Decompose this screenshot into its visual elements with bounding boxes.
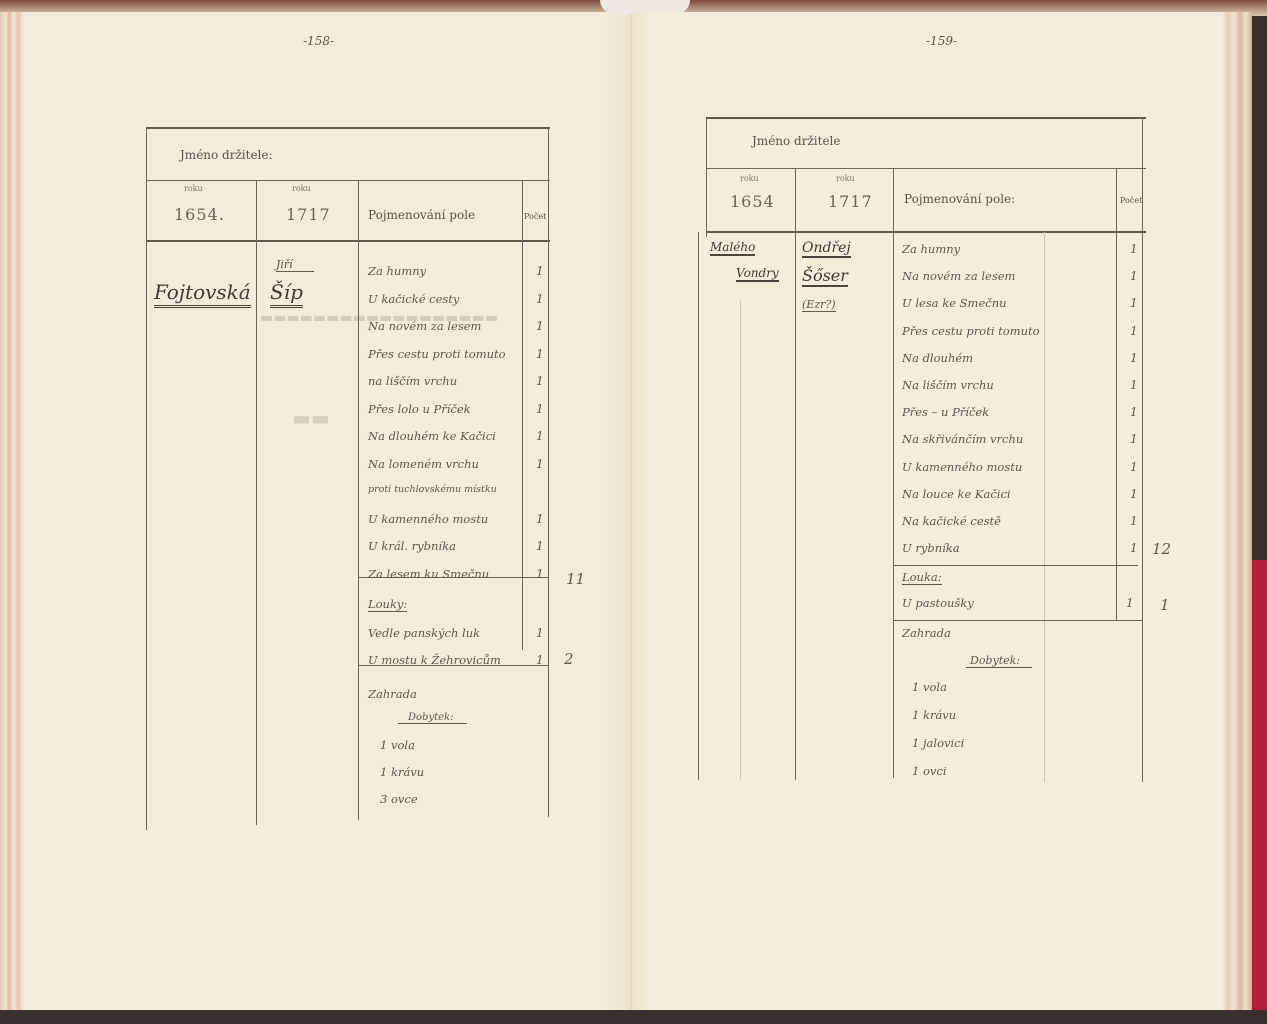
livestock-label: Dobytek:: [398, 712, 467, 724]
meadow-name: Vedle panských luk: [368, 626, 480, 640]
meadows-total: 1: [1160, 596, 1170, 614]
livestock-item: 1 krávu: [912, 708, 956, 722]
year-1717: 1717: [286, 205, 331, 224]
meadow-count: 1: [536, 626, 544, 640]
field-count: 1: [1130, 351, 1138, 365]
field-name: Na dlouhém: [902, 351, 973, 365]
year-1654: 1654: [730, 192, 775, 211]
meadow-name: U pastoušky: [902, 596, 974, 610]
meadows-label: Louka:: [902, 570, 942, 585]
field-name: U kamenného mostu: [902, 460, 1022, 474]
year-1654: 1654.: [174, 205, 225, 224]
field-name: Přes – u Příček: [902, 405, 989, 419]
field-count: 1: [536, 512, 544, 526]
meadow-count: 1: [536, 653, 544, 667]
left-page: -158- ▬▬▬▬▬▬▬▬▬▬▬▬▬▬▬▬▬▬ ▬▬ Jméno držite…: [0, 12, 632, 1010]
field-name: U král. rybníka: [368, 539, 456, 553]
field-count: 1: [1130, 378, 1138, 392]
field-name: U rybníka: [902, 541, 960, 555]
holder-1654-line1: Malého: [710, 240, 755, 256]
meadow-name: U mostu k Žehrovicům: [368, 653, 501, 667]
page-number: -158-: [303, 34, 334, 48]
field-name-header: Pojmenování pole: [368, 208, 475, 222]
year-1717: 1717: [828, 192, 873, 211]
field-name: Přes cestu proti tomuto: [902, 324, 1040, 338]
book-cover-edge: [1251, 560, 1267, 1010]
meadow-count: 1: [1126, 596, 1134, 610]
field-count: 1: [1130, 541, 1138, 555]
field-name: proti tuchlovskému místku: [368, 484, 497, 495]
garden-label: Zahrada: [902, 626, 951, 640]
page-number: -159-: [926, 34, 957, 48]
livestock-item: 1 vola: [912, 680, 947, 694]
field-name: Přes lolo u Příček: [368, 402, 471, 416]
field-name-header: Pojmenování pole:: [904, 192, 1015, 206]
livestock-item: 1 vola: [380, 738, 415, 752]
field-count: 1: [536, 347, 544, 361]
field-name: U kamenného mostu: [368, 512, 488, 526]
field-count: 1: [1130, 460, 1138, 474]
holder-1717-first-name: Jiří: [276, 258, 314, 272]
holder-1717-note: (Ezr?): [802, 298, 836, 312]
field-name: Na kačické cestě: [902, 514, 1001, 528]
field-count: 1: [1130, 324, 1138, 338]
holder-1717-last-name: Šíp: [270, 280, 303, 308]
year-label: roku: [836, 174, 855, 183]
field-count: 1: [1130, 432, 1138, 446]
year-label: roku: [292, 184, 311, 193]
livestock-label: Dobytek:: [966, 654, 1032, 668]
field-name: Na louce ke Kačici: [902, 487, 1011, 501]
livestock-item: 1 krávu: [380, 765, 424, 779]
field-count: 1: [536, 292, 544, 306]
garden-label: Zahrada: [368, 687, 417, 701]
livestock-item: 1 ovci: [912, 764, 947, 778]
field-name: Na novém za lesem: [902, 269, 1015, 283]
field-count: 1: [536, 539, 544, 553]
field-count: 1: [536, 402, 544, 416]
field-name: Za humny: [902, 242, 960, 256]
field-count: 1: [536, 319, 544, 333]
meadows-total: 2: [564, 650, 574, 668]
field-count: 1: [536, 567, 544, 581]
livestock-item: 3 ovce: [380, 792, 418, 806]
holder-1717-last-name: Šőser: [802, 266, 848, 287]
field-name: Přes cestu proti tomuto: [368, 347, 506, 361]
open-ledger-book: -158- ▬▬▬▬▬▬▬▬▬▬▬▬▬▬▬▬▬▬ ▬▬ Jméno držite…: [0, 0, 1267, 1010]
fields-total: 11: [566, 570, 585, 588]
holder-1654: Fojtovská: [154, 280, 251, 308]
field-name: Na novém za lesem: [368, 319, 481, 333]
field-count: 1: [536, 264, 544, 278]
year-label: roku: [184, 184, 203, 193]
meadows-label: Louky:: [368, 597, 407, 612]
field-name: U kačické cesty: [368, 292, 459, 306]
field-name: U lesa ke Smečnu: [902, 296, 1007, 310]
holder-1654-line2: Vondry: [736, 266, 779, 282]
holder-1717-first-name: Ondřej: [802, 240, 851, 258]
show-through-text: ▬▬: [292, 406, 330, 430]
field-count: 1: [536, 374, 544, 388]
field-name: Na skřivánčím vrchu: [902, 432, 1023, 446]
field-count: 1: [1130, 405, 1138, 419]
count-header: Počet: [1120, 196, 1142, 205]
field-name: na liščím vrchu: [368, 374, 457, 388]
year-label: roku: [740, 174, 759, 183]
right-page: -159- Jméno držitele roku 1654 roku 1717…: [632, 12, 1252, 1010]
field-count: 1: [1130, 514, 1138, 528]
holder-label: Jméno držitele: [752, 134, 841, 148]
field-count: 1: [536, 429, 544, 443]
field-count: 1: [1130, 296, 1138, 310]
field-count: 1: [1130, 242, 1138, 256]
field-name: Na lomeném vrchu: [368, 457, 479, 471]
holder-label: Jméno držitele:: [180, 148, 273, 162]
field-count: 1: [1130, 269, 1138, 283]
fields-total: 12: [1152, 540, 1171, 558]
field-count: 1: [536, 457, 544, 471]
field-name: Na liščím vrchu: [902, 378, 994, 392]
field-name: Na dlouhém ke Kačici: [368, 429, 496, 443]
field-count: 1: [1130, 487, 1138, 501]
field-name: Za lesem ku Smečnu: [368, 567, 489, 581]
livestock-item: 1 jalovici: [912, 736, 964, 750]
count-header: Počet: [524, 212, 546, 221]
field-name: Za humny: [368, 264, 426, 278]
